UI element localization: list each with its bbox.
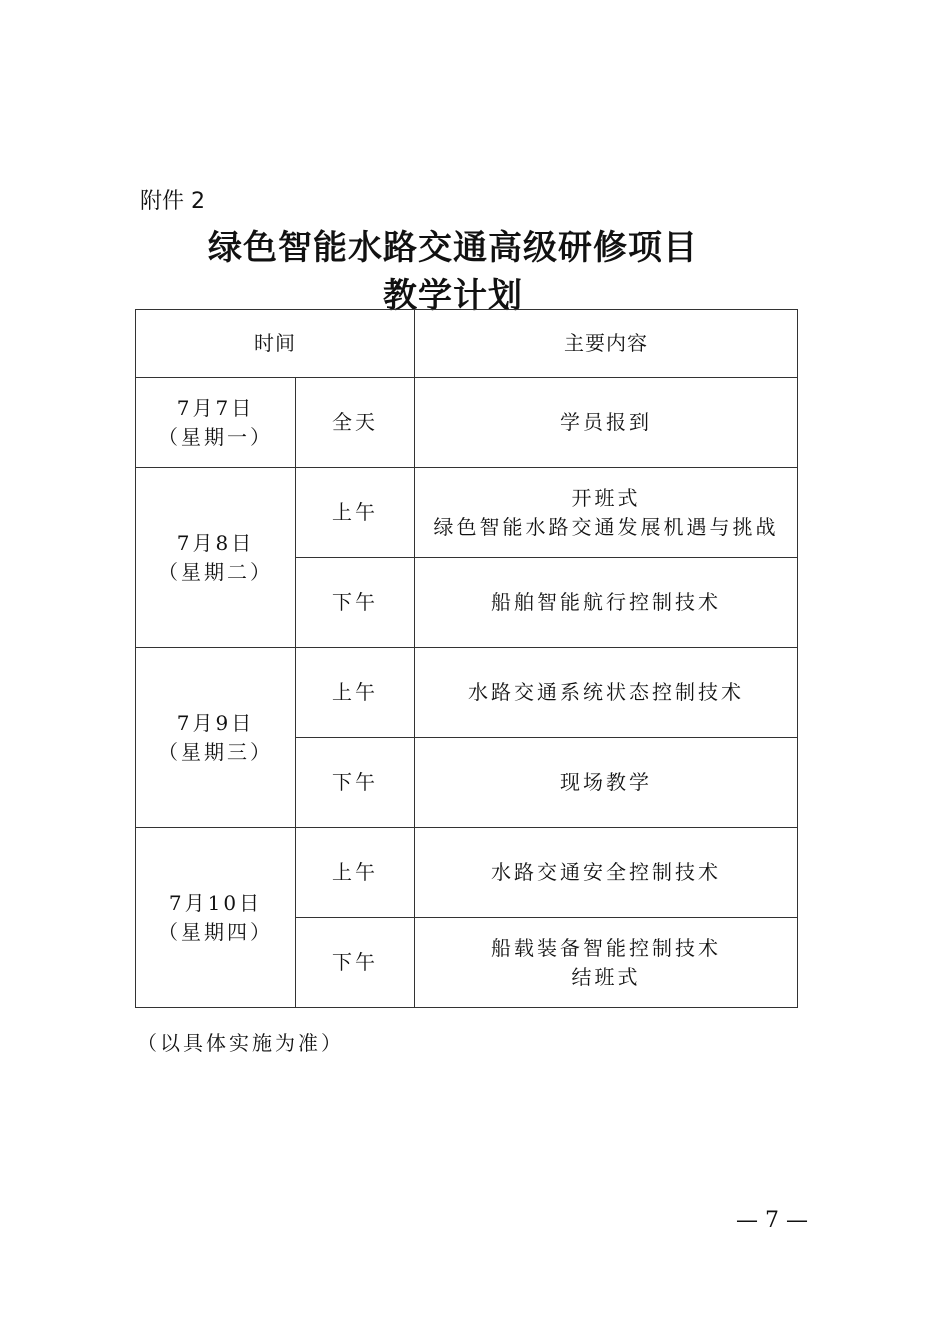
- date: 7月10日: [136, 889, 295, 918]
- period-cell: 下午: [296, 738, 415, 828]
- period-cell: 上午: [296, 468, 415, 558]
- content-cell: 船载装备智能控制技术 结班式: [415, 918, 798, 1008]
- date-cell: 7月8日 （星期二）: [136, 468, 296, 648]
- table-row: 7月10日 （星期四） 上午 水路交通安全控制技术: [136, 828, 798, 918]
- header-time: 时间: [136, 310, 415, 378]
- period-cell: 下午: [296, 558, 415, 648]
- date: 7月8日: [136, 529, 295, 558]
- period-cell: 上午: [296, 828, 415, 918]
- date: 7月7日: [136, 394, 295, 423]
- weekday: （星期四）: [136, 918, 295, 947]
- content-cell: 开班式 绿色智能水路交通发展机遇与挑战: [415, 468, 798, 558]
- content-line: 开班式: [415, 484, 797, 513]
- content-line: 水路交通系统状态控制技术: [415, 678, 797, 707]
- content-cell: 学员报到: [415, 378, 798, 468]
- page-number: — 7 —: [736, 1208, 808, 1233]
- content-line: 船舶智能航行控制技术: [415, 588, 797, 617]
- weekday: （星期一）: [136, 423, 295, 452]
- attachment-label: 附件 2: [140, 184, 205, 215]
- table-row: 7月7日 （星期一） 全天 学员报到: [136, 378, 798, 468]
- table-header-row: 时间 主要内容: [136, 310, 798, 378]
- content-line: 绿色智能水路交通发展机遇与挑战: [415, 513, 797, 542]
- period-cell: 下午: [296, 918, 415, 1008]
- content-line: 学员报到: [415, 408, 797, 437]
- schedule-table: 时间 主要内容 7月7日 （星期一） 全天 学员报到 7月8日 （星期二） 上午…: [135, 309, 798, 1008]
- table-row: 7月8日 （星期二） 上午 开班式 绿色智能水路交通发展机遇与挑战: [136, 468, 798, 558]
- header-content: 主要内容: [415, 310, 798, 378]
- period-cell: 上午: [296, 648, 415, 738]
- document-title: 绿色智能水路交通高级研修项目: [0, 220, 906, 269]
- content-cell: 现场教学: [415, 738, 798, 828]
- content-line: 水路交通安全控制技术: [415, 858, 797, 887]
- date: 7月9日: [136, 709, 295, 738]
- weekday: （星期二）: [136, 558, 295, 587]
- date-cell: 7月7日 （星期一）: [136, 378, 296, 468]
- content-cell: 船舶智能航行控制技术: [415, 558, 798, 648]
- footnote: （以具体实施为准）: [137, 1027, 344, 1056]
- content-line: 结班式: [415, 963, 797, 992]
- weekday: （星期三）: [136, 738, 295, 767]
- period-cell: 全天: [296, 378, 415, 468]
- content-line: 现场教学: [415, 768, 797, 797]
- date-cell: 7月9日 （星期三）: [136, 648, 296, 828]
- content-cell: 水路交通系统状态控制技术: [415, 648, 798, 738]
- table-row: 7月9日 （星期三） 上午 水路交通系统状态控制技术: [136, 648, 798, 738]
- content-line: 船载装备智能控制技术: [415, 934, 797, 963]
- content-cell: 水路交通安全控制技术: [415, 828, 798, 918]
- date-cell: 7月10日 （星期四）: [136, 828, 296, 1008]
